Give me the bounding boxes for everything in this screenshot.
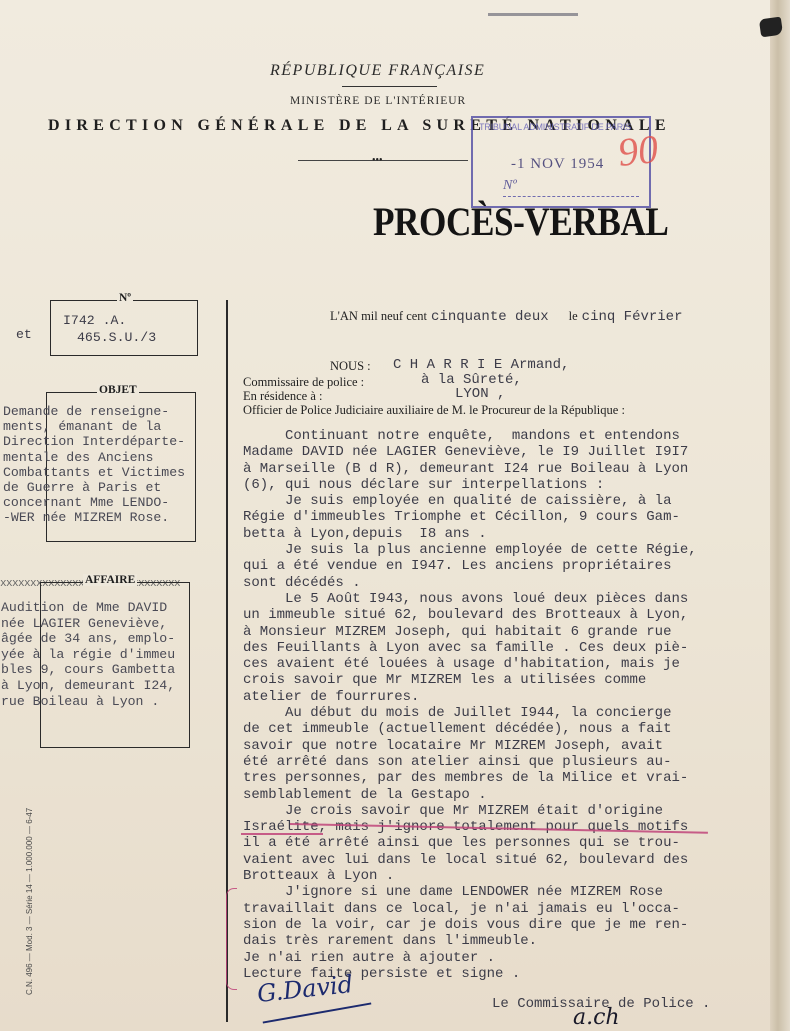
residence-value: LYON , xyxy=(455,386,505,402)
stamp-number-line xyxy=(503,196,639,197)
reference-number-1: I742 .A. xyxy=(63,313,126,328)
date-le: le xyxy=(569,309,578,323)
republic-heading: RÉPUBLIQUE FRANÇAISE xyxy=(270,62,485,80)
date-line: L'AN mil neuf cent cinquante deux le cin… xyxy=(330,307,683,325)
ornament-rule xyxy=(298,160,468,161)
number-prefix: et xyxy=(16,327,32,342)
objet-text: Demande de renseigne-ments, émanant de l… xyxy=(3,404,185,526)
stamp-number-label: Nº xyxy=(503,178,517,194)
date-prefix: L'AN mil neuf cent xyxy=(330,309,427,323)
date-year: cinquante deux xyxy=(431,309,549,325)
date-day: cinq Février xyxy=(582,309,683,325)
ornament-dots: ••• xyxy=(372,155,383,166)
commissaire-signature: a.ch xyxy=(573,1005,620,1030)
number-box: Nº I742 .A. 465.S.U./3 xyxy=(50,300,198,356)
officier-line: Officier de Police Judiciaire auxiliaire… xyxy=(243,403,625,418)
page-edge xyxy=(770,0,790,1031)
printer-footer: C.N. 496 — Mod. 3 — Série 14 — 1.000.000… xyxy=(25,808,34,995)
commissaire-label: Commissaire de police : xyxy=(243,375,364,390)
red-handwritten-mark: 90 xyxy=(616,125,661,176)
deposition-body: Continuant notre enquête, mandons et ent… xyxy=(243,428,763,982)
nous-label: NOUS : xyxy=(330,359,371,374)
residence-label: En résidence à : xyxy=(243,389,322,404)
pink-margin-bracket xyxy=(226,888,237,990)
objet-box-title: OBJET xyxy=(97,384,139,396)
top-stamp-fragment xyxy=(488,13,578,16)
affaire-box-title: AFFAIRE xyxy=(83,574,137,586)
stamp-date: -1 NOV 1954 xyxy=(511,156,604,173)
affaire-text: Audition de Mme DAVIDnée LAGIER Genevièv… xyxy=(1,600,175,709)
nous-value: C H A R R I E Armand, xyxy=(393,357,569,373)
number-box-title: Nº xyxy=(117,292,133,304)
ministry-heading: MINISTÈRE DE L'INTÉRIEUR xyxy=(290,95,466,107)
heading-rule xyxy=(342,86,437,87)
pink-underline-israelite xyxy=(241,833,323,835)
reference-number-2: 465.S.U./3 xyxy=(77,330,156,345)
stamp-institution: TRIBUNAL ADMINISTRATIF DE PARIS xyxy=(479,122,631,132)
